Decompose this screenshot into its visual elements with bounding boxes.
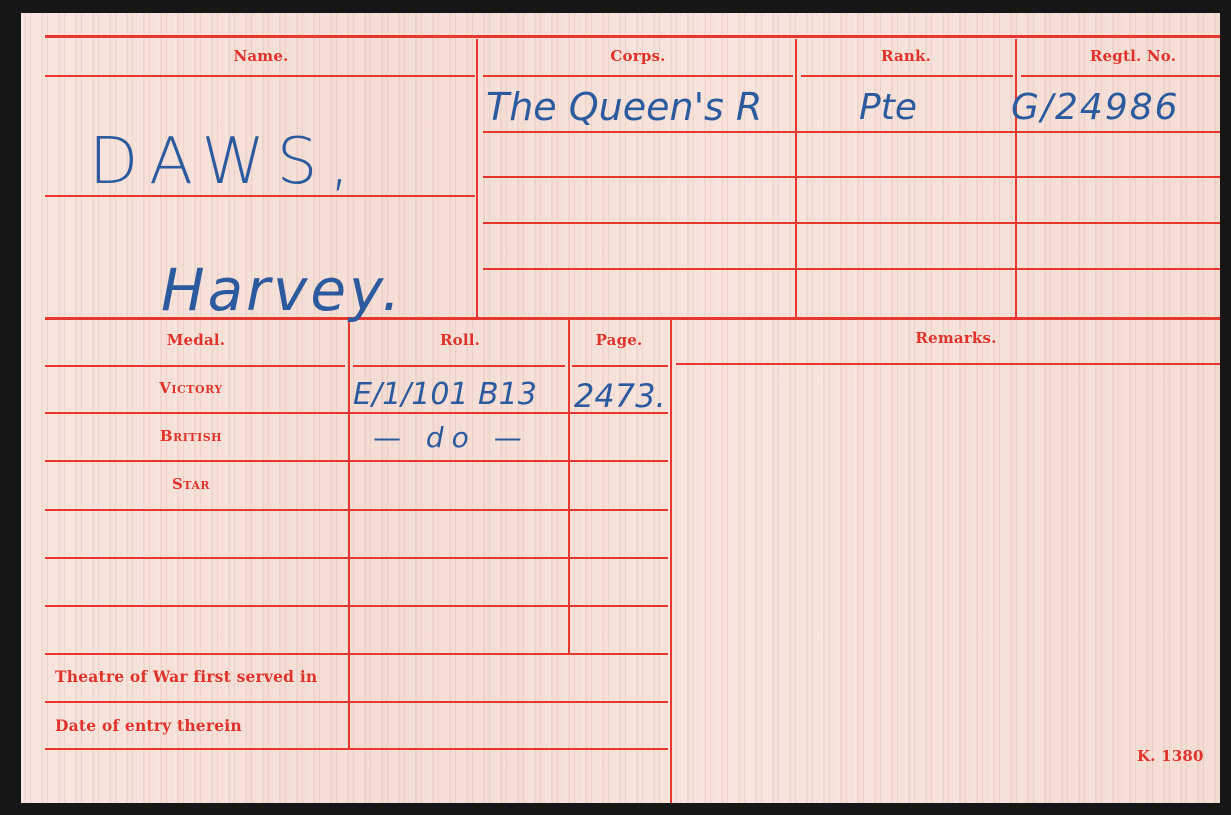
- rule-roll-header: [353, 365, 565, 367]
- rule-remarks-header: [676, 363, 1220, 365]
- form-number: K. 1380: [1137, 747, 1204, 765]
- divider-roll-page: [568, 320, 570, 653]
- label-roll: Roll.: [440, 331, 480, 349]
- rule-date-entry: [45, 748, 668, 750]
- label-page: Page.: [596, 331, 643, 349]
- divider-name-corps: [476, 39, 478, 319]
- divider-corps-rank: [795, 39, 797, 319]
- label-name: Name.: [233, 47, 288, 65]
- rule-header-rank: [801, 75, 1013, 77]
- rule-header-corps: [483, 75, 793, 77]
- label-remarks: Remarks.: [915, 329, 996, 347]
- label-medal-british: British: [160, 427, 222, 445]
- entry-british-ditto: — do —: [373, 421, 530, 454]
- rule-header-name: [45, 75, 475, 77]
- label-medal-victory: Victory: [159, 379, 222, 397]
- rule-medal-3: [45, 509, 668, 511]
- entry-rank: Pte: [859, 87, 917, 128]
- rule-top: [45, 35, 1220, 38]
- rule-medal-header: [45, 365, 345, 367]
- rule-row2: [483, 176, 1220, 178]
- entry-corps: The Queen's R: [486, 85, 762, 129]
- medal-index-card: Name. Corps. Rank. Regtl. No. Medal. Rol…: [21, 13, 1220, 803]
- rule-medal-6: [45, 653, 668, 655]
- entry-victory-roll: E/1/101 B13: [353, 377, 537, 412]
- divider-rank-regtl: [1015, 39, 1017, 319]
- entry-forename: Harvey.: [161, 256, 403, 324]
- label-regtl-no: Regtl. No.: [1090, 47, 1176, 65]
- label-corps: Corps.: [610, 47, 665, 65]
- entry-regtl-no: G/24986: [1011, 87, 1180, 128]
- rule-theatre: [45, 701, 668, 703]
- entry-surname: DAWS,: [89, 125, 362, 199]
- entry-victory-page: 2473.: [574, 377, 666, 415]
- rule-row1: [483, 131, 1220, 133]
- rule-page-header: [572, 365, 668, 367]
- label-medal-star: Star: [172, 475, 210, 493]
- rule-medal-4: [45, 557, 668, 559]
- label-date-of-entry: Date of entry therein: [55, 716, 242, 735]
- label-theatre-of-war: Theatre of War first served in: [55, 667, 317, 686]
- rule-medal-2: [45, 460, 668, 462]
- rule-medal-5: [45, 605, 668, 607]
- divider-page-remarks: [670, 320, 672, 803]
- rule-header-regtl: [1021, 75, 1220, 77]
- label-medal: Medal.: [167, 331, 225, 349]
- divider-medal-roll: [348, 320, 350, 750]
- rule-row3: [483, 222, 1220, 224]
- rule-row4: [483, 268, 1220, 270]
- label-rank: Rank.: [881, 47, 931, 65]
